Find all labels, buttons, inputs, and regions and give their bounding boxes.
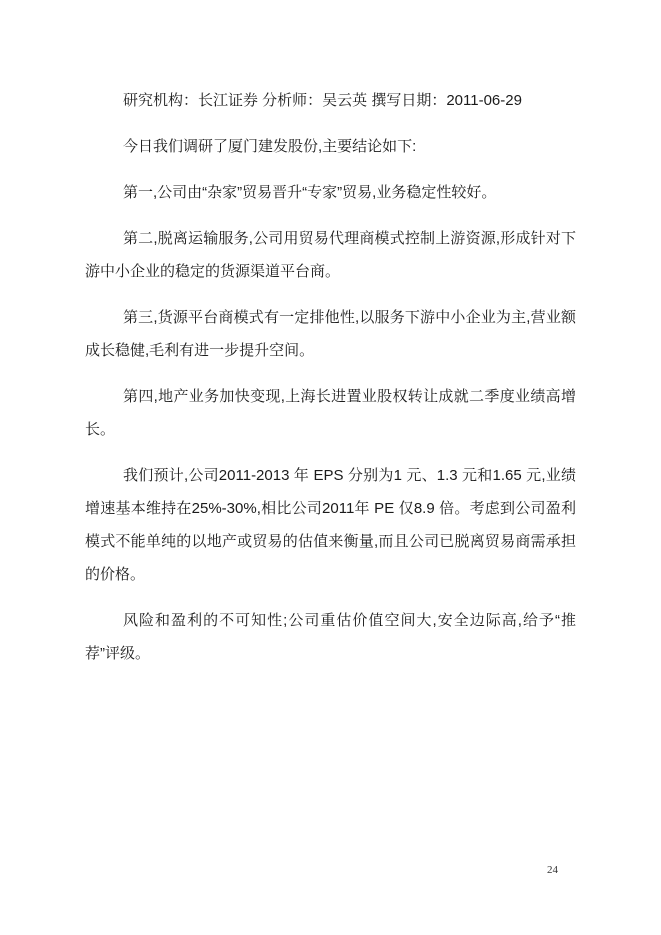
point-third-paragraph: 第三,货源平台商模式有一定排他性,以服务下游中小企业为主,营业额成长稳健,毛利有… bbox=[85, 301, 576, 367]
point-second-paragraph: 第二,脱离运输服务,公司用贸易代理商模式控制上游资源,形成针对下游中小企业的稳定… bbox=[85, 222, 576, 288]
document-page: 研究机构：长江证券 分析师：吴云英 撰写日期：2011-06-29 今日我们调研… bbox=[0, 0, 661, 935]
report-meta-line: 研究机构：长江证券 分析师：吴云英 撰写日期：2011-06-29 bbox=[85, 84, 576, 117]
rating-paragraph: 风险和盈利的不可知性;公司重估价值空间大,安全边际高,给予“推荐”评级。 bbox=[85, 604, 576, 670]
forecast-valuation-paragraph: 我们预计,公司2011-2013 年 EPS 分别为1 元、1.3 元和1.65… bbox=[85, 459, 576, 591]
document-body: 研究机构：长江证券 分析师：吴云英 撰写日期：2011-06-29 今日我们调研… bbox=[85, 84, 576, 683]
point-first-paragraph: 第一,公司由“杂家”贸易晋升“专家”贸易,业务稳定性较好。 bbox=[85, 176, 576, 209]
point-fourth-paragraph: 第四,地产业务加快变现,上海长进置业股权转让成就二季度业绩高增长。 bbox=[85, 380, 576, 446]
intro-paragraph: 今日我们调研了厦门建发股份,主要结论如下: bbox=[85, 130, 576, 163]
page-number: 24 bbox=[547, 864, 558, 876]
